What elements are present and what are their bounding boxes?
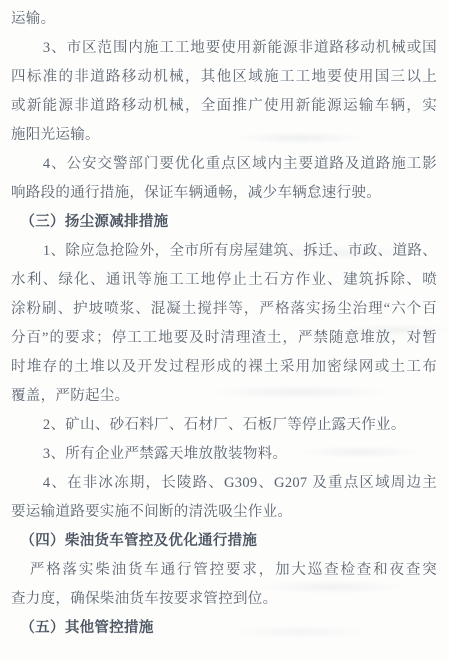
heading-section-4-diesel-truck-control: （四）柴油货车管控及优化通行措施: [11, 527, 437, 556]
text-line-dust3: 3、所有企业严禁露天堆放散装物料。: [11, 440, 437, 469]
heading-section-3-dust-reduction: （三）扬尘源减排措施: [11, 208, 437, 237]
heading-section-5-other-measures: （五）其他管控措施: [11, 614, 437, 643]
text-line-dust1-6: 覆盖，严防起尘。: [11, 382, 437, 411]
text-line-dust1-4: 分百”的要求；停工工地要及时清理渣土，严禁随意堆放，对暂: [11, 324, 437, 353]
text-line-item4-2: 响路段的通行措施，保证车辆通畅，减少车辆怠速行驶。: [11, 179, 437, 208]
document-text-block: 运输。 3、市区范围内施工工地要使用新能源非道路移动机械或国 四标准的非道路移动…: [11, 5, 437, 643]
text-line-item3-2: 四标准的非道路移动机械，其他区域施工工地要使用国三以上: [11, 63, 437, 92]
scanned-document-page: 运输。 3、市区范围内施工工地要使用新能源非道路移动机械或国 四标准的非道路移动…: [0, 0, 449, 661]
text-line-dust1-3: 涂粉刷、护坡喷浆、混凝土搅拌等，严格落实扬尘治理“六个百: [11, 295, 437, 324]
text-line-continuation: 运输。: [11, 5, 437, 34]
text-line-diesel-1: 严格落实柴油货车通行管控要求，加大巡查检查和夜查突: [11, 556, 437, 585]
text-line-dust1-2: 水利、绿化、通讯等施工工地停止土石方作业、建筑拆除、喷: [11, 266, 437, 295]
text-line-dust1-1: 1、除应急抢险外，全市所有房屋建筑、拆迁、市政、道路、: [11, 237, 437, 266]
text-line-dust4-1: 4、在非冰冻期，长陵路、G309、G207 及重点区域周边主: [11, 469, 437, 498]
text-line-item4-1: 4、公安交警部门要优化重点区域内主要道路及道路施工影: [11, 150, 437, 179]
text-line-item3-4: 施阳光运输。: [11, 121, 437, 150]
text-line-item3-1: 3、市区范围内施工工地要使用新能源非道路移动机械或国: [11, 34, 437, 63]
text-line-item3-3: 或新能源非道路移动机械，全面推广使用新能源运输车辆，实: [11, 92, 437, 121]
text-line-diesel-2: 查力度，确保柴油货车按要求管控到位。: [11, 585, 437, 614]
text-line-dust4-2: 要运输道路要实施不间断的清洗吸尘作业。: [11, 498, 437, 527]
text-line-dust1-5: 时堆存的土堆以及开发过程形成的裸土采用加密绿网或土工布: [11, 353, 437, 382]
text-line-dust2: 2、矿山、砂石料厂、石材厂、石板厂等停止露天作业。: [11, 411, 437, 440]
